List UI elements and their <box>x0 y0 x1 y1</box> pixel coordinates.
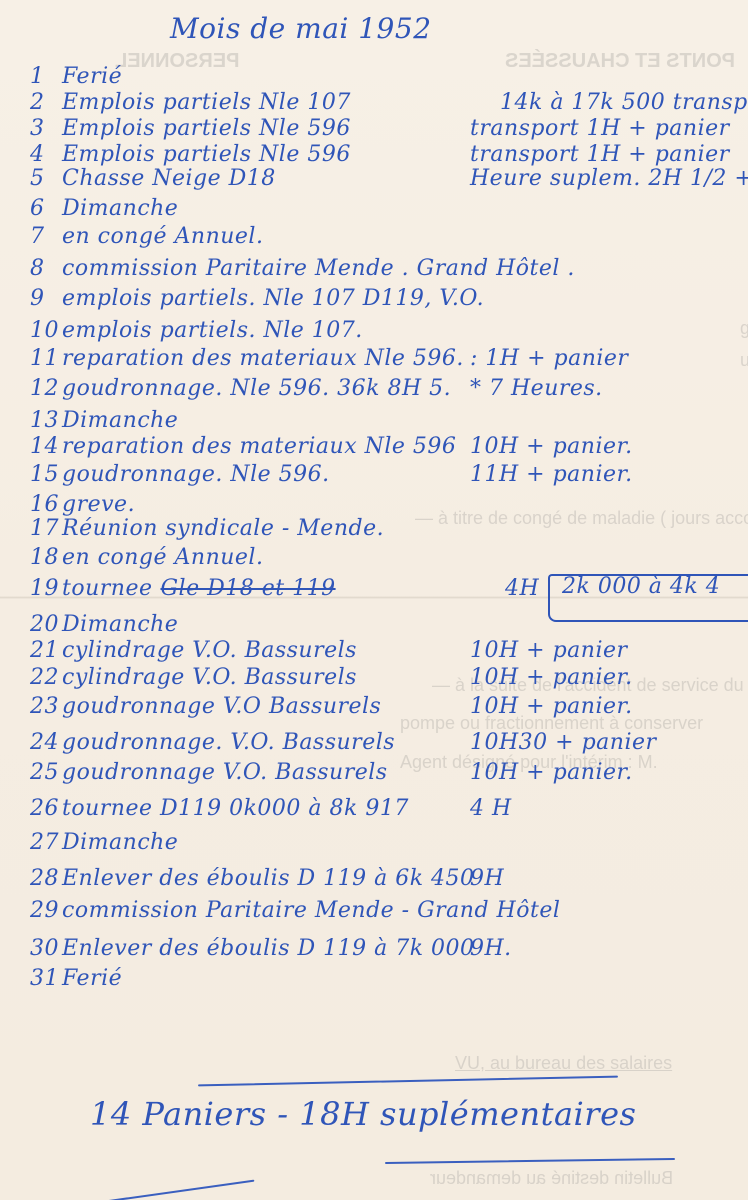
entry-day: 15 <box>30 462 62 487</box>
entry-hours: 4 H <box>470 796 512 821</box>
entry-text: tournee <box>62 576 152 601</box>
diary-entry: 9emplois partiels. Nle 107 D119, V.O. <box>30 286 484 311</box>
entry-hours: : 1H + panier <box>470 346 628 371</box>
entry-text: Ferié <box>62 966 122 991</box>
entry-text: Emplois partiels Nle 107 <box>62 90 351 115</box>
diary-entry: 11reparation des materiaux Nle 596. <box>30 346 464 371</box>
entry-hours: 10H + panier. <box>470 760 633 785</box>
entry-text: Emplois partiels Nle 596 <box>62 142 351 167</box>
diary-entry: 15goudronnage. Nle 596. <box>30 462 330 487</box>
ghost-maladie: — à titre de congé de maladie ( jours ac… <box>415 508 748 529</box>
ghost-bulletin-dest: Bulletin destiné au demandeur <box>430 1168 673 1189</box>
entry-day: 29 <box>30 898 62 923</box>
diary-entry: 17Réunion syndicale - Mende. <box>30 516 384 541</box>
entry-hours: 9H <box>470 866 504 891</box>
entry-struck-text: Gle D18 et 119 <box>160 576 335 601</box>
entry-text: Dimanche <box>62 612 178 637</box>
entry-text: Dimanche <box>62 830 178 855</box>
diary-entry: 4Emplois partiels Nle 596 <box>30 142 351 167</box>
entry-hours: 10H + panier. <box>470 665 633 690</box>
entry-day: 22 <box>30 665 62 690</box>
diary-entry: 18en congé Annuel. <box>30 545 263 570</box>
entry-hours: 9H. <box>470 936 512 961</box>
entry-hours: transport 1H + panier <box>470 116 730 141</box>
entry-hours: 10H + panier. <box>470 694 633 719</box>
entry-text: tournee D119 0k000 à 8k 917 <box>62 796 409 821</box>
entry-day: 5 <box>30 166 62 191</box>
entry-text: goudronnage. Nle 596. <box>62 462 330 487</box>
entry-hours: 10H + panier <box>470 638 628 663</box>
entry-hours: 4H <box>505 576 539 601</box>
entry-text: Réunion syndicale - Mende. <box>62 516 384 541</box>
entry-text: Enlever des éboulis D 119 à 6k 450 <box>62 866 475 891</box>
diary-entry: 23goudronnage V.O Bassurels <box>30 694 381 719</box>
ghost-vu: VU, au bureau des salaires <box>455 1053 672 1074</box>
entry-day: 14 <box>30 434 62 459</box>
diary-entry: 19tourneeGle D18 et 119 <box>30 576 336 601</box>
entry-day: 21 <box>30 638 62 663</box>
diary-entry: 28Enlever des éboulis D 119 à 6k 450 <box>30 866 475 891</box>
entry-day: 27 <box>30 830 62 855</box>
entry-day: 16 <box>30 492 62 517</box>
diary-entry: 31Ferié <box>30 966 122 991</box>
diary-entry: 1Ferié <box>30 64 122 89</box>
entry-text: goudronnage. V.O. Bassurels <box>62 730 395 755</box>
ghost-conge: un congé de jours du au de <box>740 350 748 371</box>
entry-day: 3 <box>30 116 62 141</box>
diary-entry: 16greve. <box>30 492 135 517</box>
ghost-header-right: PERSONNEL <box>115 50 239 73</box>
entry-text: commission Paritaire Mende . Grand Hôtel… <box>62 256 575 281</box>
entry-day: 20 <box>30 612 62 637</box>
entry-day: 7 <box>30 224 62 249</box>
diary-entry: 12goudronnage. Nle 596. 36k 8H 5. <box>30 376 451 401</box>
diary-entry: 26tournee D119 0k000 à 8k 917 <box>30 796 409 821</box>
entry-day: 13 <box>30 408 62 433</box>
entry-hours: 14k à 17k 500 transport 1H <box>500 90 748 115</box>
entry-hours: 10H30 + panier <box>470 730 657 755</box>
entry-text: Dimanche <box>62 408 178 433</box>
entry-text: Ferié <box>62 64 122 89</box>
entry-day: 30 <box>30 936 62 961</box>
entry-text: Enlever des éboulis D 119 à 7k 000 <box>62 936 475 961</box>
entry-day: 10 <box>30 318 62 343</box>
entry-day: 31 <box>30 966 62 991</box>
diary-entry: 14reparation des materiaux Nle 596 <box>30 434 456 459</box>
entry-day: 1 <box>30 64 62 89</box>
entry-day: 23 <box>30 694 62 719</box>
diary-entry: 3Emplois partiels Nle 596 <box>30 116 351 141</box>
entry-text: Chasse Neige D18 <box>62 166 276 191</box>
entry-hours: 10H + panier. <box>470 434 633 459</box>
entry-text: greve. <box>62 492 135 517</box>
entry-day: 19 <box>30 576 62 601</box>
diary-entry: 30Enlever des éboulis D 119 à 7k 000 <box>30 936 475 961</box>
entry-hours: Heure suplem. 2H 1/2 + panier <box>470 166 748 191</box>
entry-text: goudronnage V.O Bassurels <box>62 694 381 719</box>
entry-text: reparation des materiaux Nle 596. <box>62 346 464 371</box>
entry-text: commission Paritaire Mende - Grand Hôtel <box>62 898 560 923</box>
entry-day: 25 <box>30 760 62 785</box>
diary-entry: 21cylindrage V.O. Bassurels <box>30 638 357 663</box>
entry-text: en congé Annuel. <box>62 224 263 249</box>
entry-day: 6 <box>30 196 62 221</box>
ghost-grade: grade d' <box>740 318 748 339</box>
diary-entry: 29commission Paritaire Mende - Grand Hôt… <box>30 898 560 923</box>
entry-text: reparation des materiaux Nle 596 <box>62 434 456 459</box>
entry-day: 9 <box>30 286 62 311</box>
diary-entry: 5Chasse Neige D18 <box>30 166 276 191</box>
entry-day: 4 <box>30 142 62 167</box>
boxed-annotation <box>548 574 748 622</box>
entry-text: emplois partiels. Nle 107. <box>62 318 363 343</box>
diary-entry: 8commission Paritaire Mende . Grand Hôte… <box>30 256 575 281</box>
diary-entry: 7en congé Annuel. <box>30 224 263 249</box>
entry-day: 2 <box>30 90 62 115</box>
entry-day: 18 <box>30 545 62 570</box>
diary-entry: 20Dimanche <box>30 612 178 637</box>
diary-entry: 10emplois partiels. Nle 107. <box>30 318 363 343</box>
entry-text: en congé Annuel. <box>62 545 263 570</box>
entry-day: 12 <box>30 376 62 401</box>
ghost-header-left: PONTS ET CHAUSSÉES <box>505 50 735 73</box>
entry-day: 24 <box>30 730 62 755</box>
entry-text: cylindrage V.O. Bassurels <box>62 665 357 690</box>
entry-day: 17 <box>30 516 62 541</box>
entry-day: 28 <box>30 866 62 891</box>
summary-total: 14 Paniers - 18H suplémentaires <box>90 1095 636 1133</box>
diary-entry: 22cylindrage V.O. Bassurels <box>30 665 357 690</box>
diary-entry: 27Dimanche <box>30 830 178 855</box>
entry-hours: transport 1H + panier <box>470 142 730 167</box>
diary-entry: 13Dimanche <box>30 408 178 433</box>
entry-hours: * 7 Heures. <box>470 376 603 401</box>
entry-day: 26 <box>30 796 62 821</box>
entry-text: emplois partiels. Nle 107 D119, V.O. <box>62 286 484 311</box>
diary-entry: 6Dimanche <box>30 196 178 221</box>
page-title: Mois de mai 1952 <box>170 12 432 45</box>
diary-entry: 25goudronnage V.O. Bassurels <box>30 760 388 785</box>
entry-text: Emplois partiels Nle 596 <box>62 116 351 141</box>
entry-text: goudronnage. Nle 596. 36k 8H 5. <box>62 376 451 401</box>
entry-text: Dimanche <box>62 196 178 221</box>
entry-hours: 11H + panier. <box>470 462 633 487</box>
entry-day: 8 <box>30 256 62 281</box>
entry-text: goudronnage V.O. Bassurels <box>62 760 388 785</box>
entry-day: 11 <box>30 346 62 371</box>
diary-entry: 24goudronnage. V.O. Bassurels <box>30 730 395 755</box>
diary-entry: 2Emplois partiels Nle 107 <box>30 90 351 115</box>
entry-text: cylindrage V.O. Bassurels <box>62 638 357 663</box>
